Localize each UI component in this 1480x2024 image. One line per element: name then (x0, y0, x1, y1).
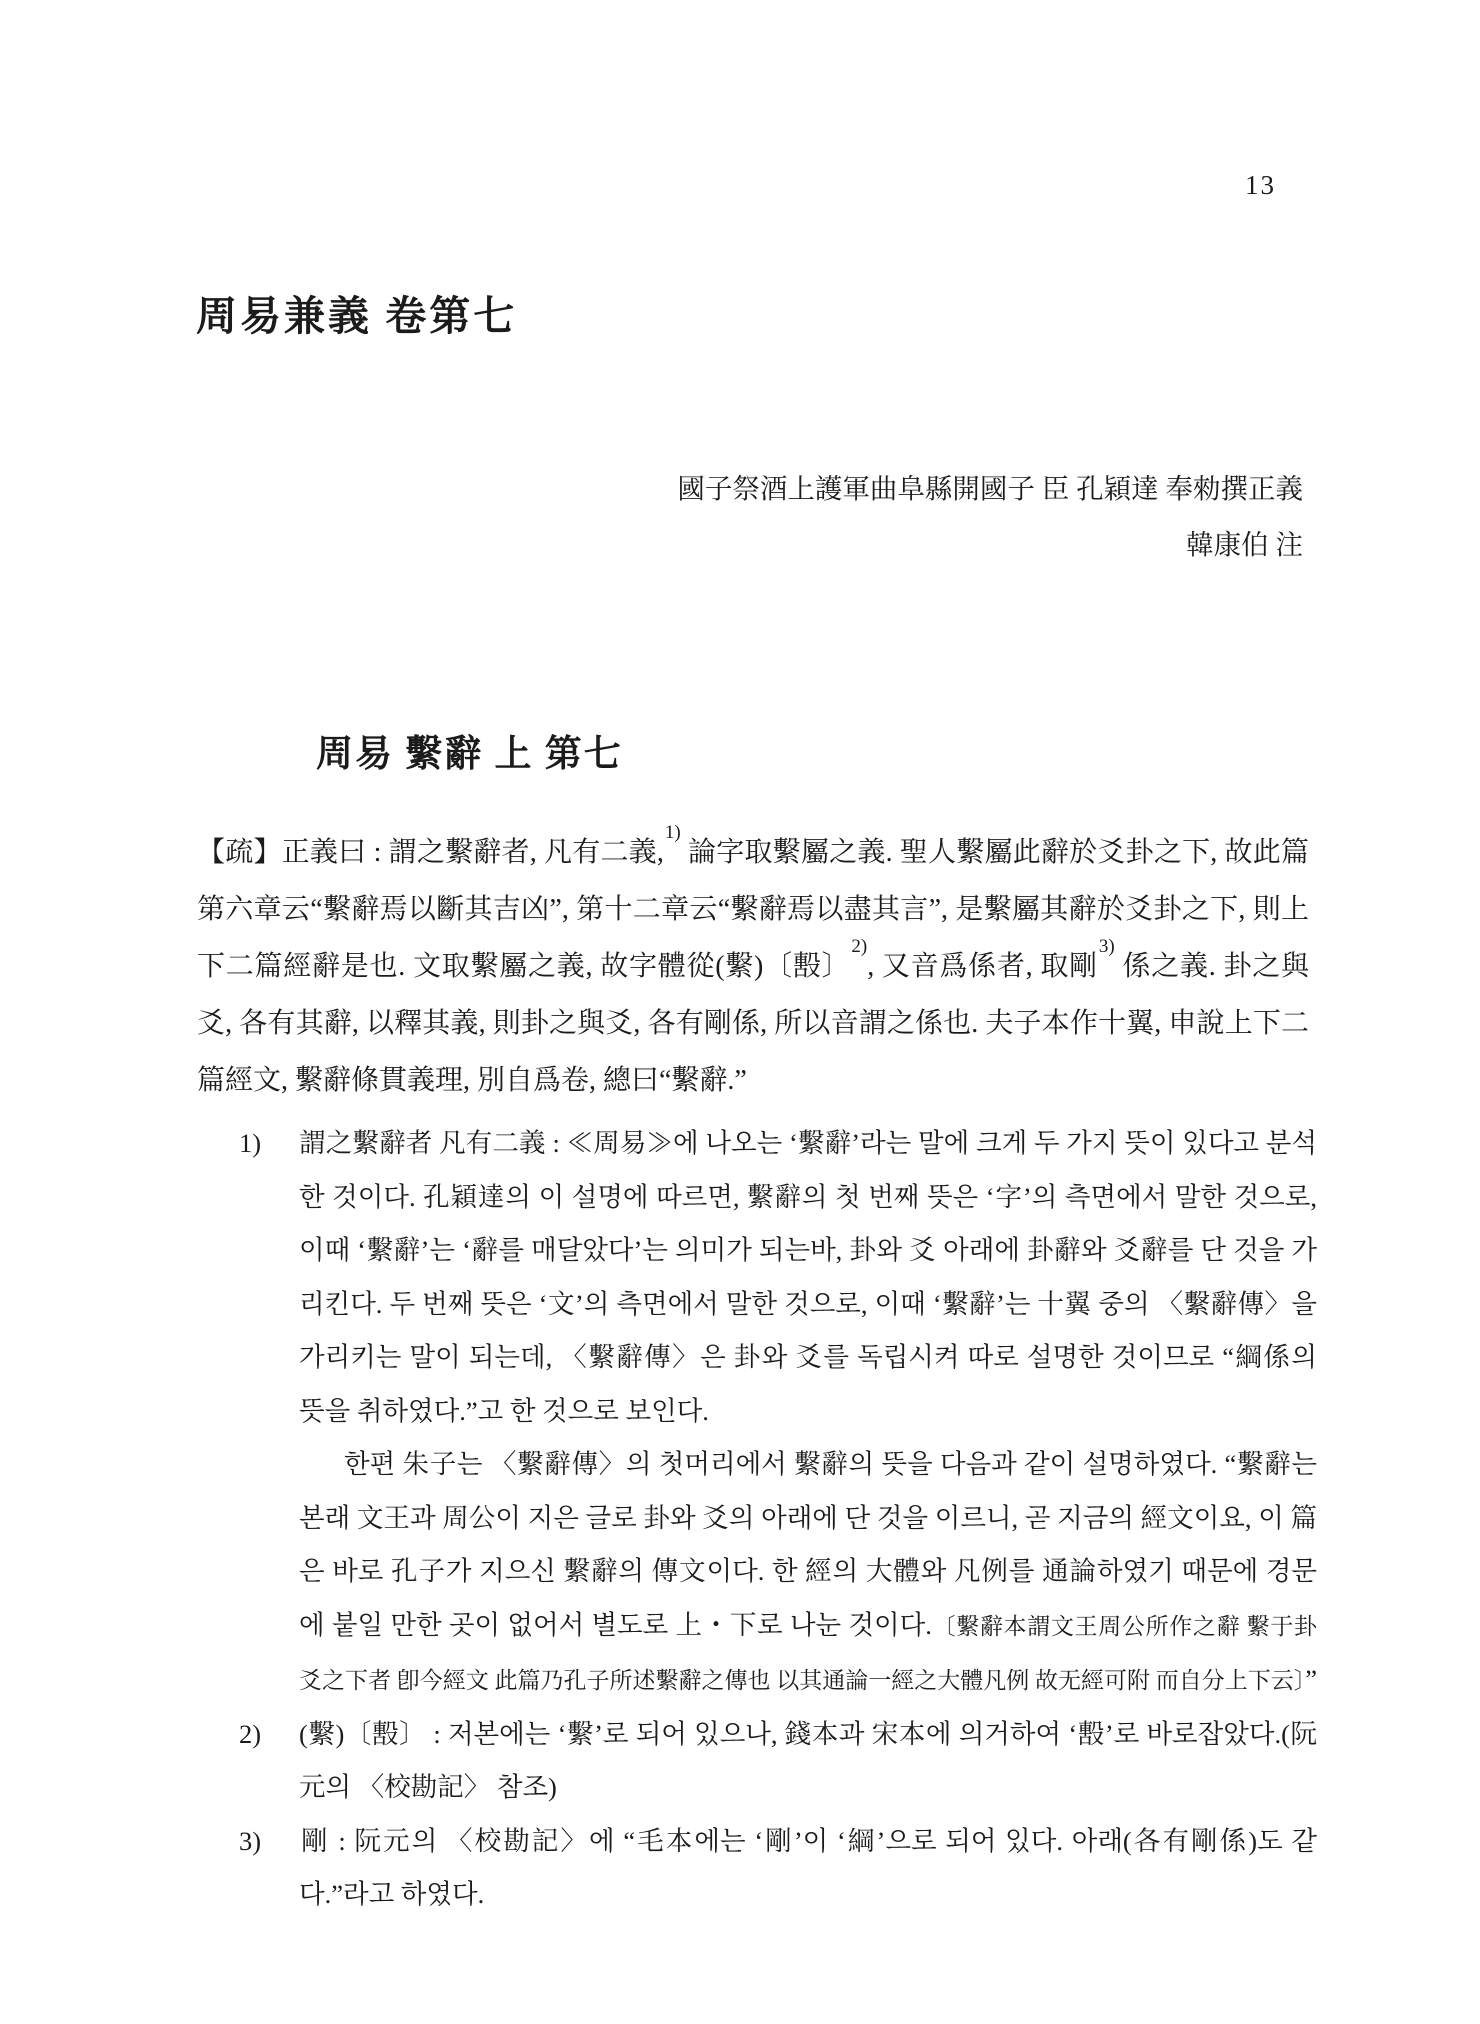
attribution-line-compiler: 國子祭酒上護軍曲阜縣開國子 臣 孔穎達 奉勑撰正義 (677, 461, 1303, 517)
footnote-ref-2: 2) (851, 936, 867, 957)
footnote-3-paragraph: 3)剛 : 阮元의 〈校勘記〉에 “毛本에는 ‘剛’이 ‘綱’으로 되어 있다.… (239, 1815, 1317, 1922)
footnote-1: 1)謂之繫辭者 凡有二義 : ≪周易≫에 나오는 ‘繫辭’라는 말에 크게 두 … (239, 1117, 1317, 1708)
chapter-title: 周易 繫辭 上 第七 (316, 723, 623, 777)
footnote-1-text: 謂之繫辭者 凡有二義 : ≪周易≫에 나오는 ‘繫辭’라는 말에 크게 두 가지… (299, 1128, 1317, 1426)
footnote-1-closing-quote: ” (1305, 1664, 1317, 1694)
footnote-2-marker: 2) (239, 1708, 299, 1762)
footnote-2: 2)(繫)〔毄〕 : 저본에는 ‘繫’로 되어 있으나, 錢本과 宋本에 의거하… (239, 1708, 1317, 1815)
page-number: 13 (1245, 170, 1276, 201)
footnote-1-paragraph-1: 1)謂之繫辭者 凡有二義 : ≪周易≫에 나오는 ‘繫辭’라는 말에 크게 두 … (239, 1117, 1317, 1438)
commentary-segment: 【疏】正義曰 : 謂之繫辭者, 凡有二義, (197, 837, 664, 868)
footnote-1-text: 한편 朱子는 〈繫辭傳〉의 첫머리에서 繫辭의 뜻을 다음과 같이 설명하였다.… (299, 1449, 1317, 1640)
commentary-paragraph: 【疏】正義曰 : 謂之繫辭者, 凡有二義,1) 論字取繫屬之義. 聖人繫屬此辭於… (197, 824, 1309, 1109)
footnote-2-paragraph: 2)(繫)〔毄〕 : 저본에는 ‘繫’로 되어 있으나, 錢本과 宋本에 의거하… (239, 1708, 1317, 1815)
book-title: 周易兼義 卷第七 (196, 283, 517, 342)
footnote-3-text: 剛 : 阮元의 〈校勘記〉에 “毛本에는 ‘剛’이 ‘綱’으로 되어 있다. 아… (299, 1826, 1317, 1910)
footnote-1-marker: 1) (239, 1117, 299, 1171)
footnote-ref-1: 1) (665, 822, 681, 843)
document-page: 13 周易兼義 卷第七 國子祭酒上護軍曲阜縣開國子 臣 孔穎達 奉勑撰正義 韓康… (0, 0, 1480, 2024)
footnote-1-paragraph-2: 한편 朱子는 〈繫辭傳〉의 첫머리에서 繫辭의 뜻을 다음과 같이 설명하였다.… (239, 1438, 1317, 1708)
attribution-block: 國子祭酒上護軍曲阜縣開國子 臣 孔穎達 奉勑撰正義 韓康伯 注 (677, 461, 1303, 573)
attribution-line-annotator: 韓康伯 注 (677, 517, 1303, 573)
commentary-segment: , 又音爲係者, 取剛 (867, 951, 1098, 982)
footnotes-section: 1)謂之繫辭者 凡有二義 : ≪周易≫에 나오는 ‘繫辭’라는 말에 크게 두 … (239, 1117, 1317, 1922)
footnote-3: 3)剛 : 阮元의 〈校勘記〉에 “毛本에는 ‘剛’이 ‘綱’으로 되어 있다.… (239, 1815, 1317, 1922)
footnote-2-text: (繫)〔毄〕 : 저본에는 ‘繫’로 되어 있으나, 錢本과 宋本에 의거하여 … (299, 1719, 1317, 1803)
footnote-ref-3: 3) (1099, 936, 1115, 957)
footnote-3-marker: 3) (239, 1815, 299, 1869)
